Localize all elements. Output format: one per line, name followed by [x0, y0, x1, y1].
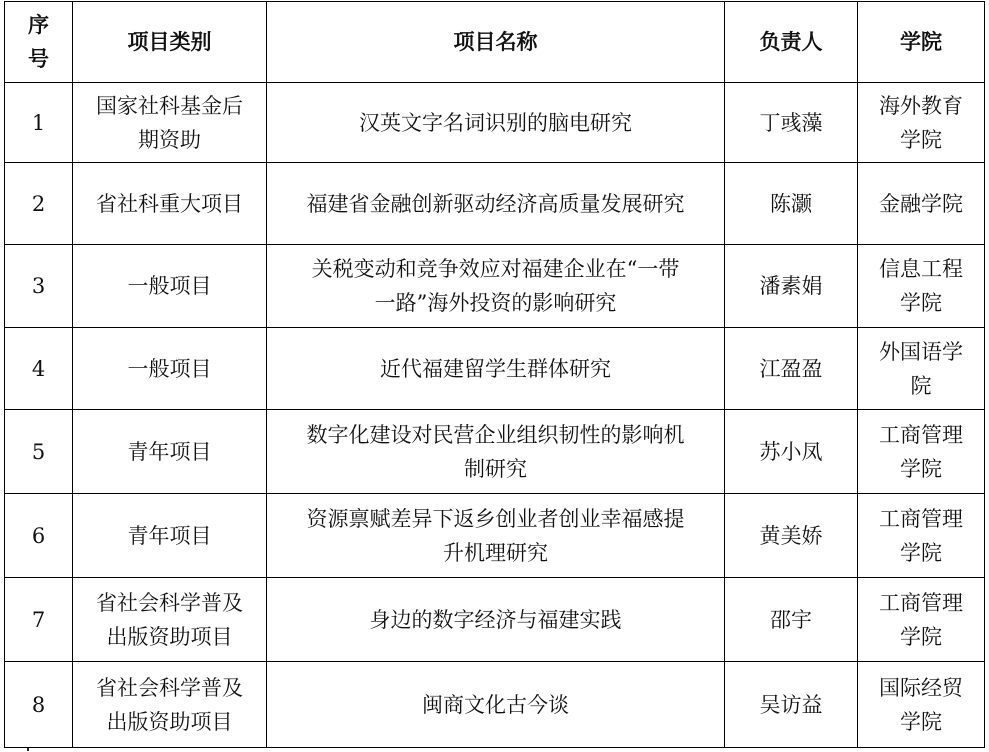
table-row: 8 省社会科学普及出版资助项目 闽商文化古今谈 吴访益 国际经贸学院: [5, 662, 985, 748]
cell-leader: 江盈盈: [725, 328, 858, 410]
text-line: 数字化建设对民营企业组织韧性的影响机: [273, 418, 718, 452]
header-no-line: 序: [11, 8, 66, 42]
text-line: 省社科重大项目: [79, 187, 260, 221]
cell-name: 闽商文化古今谈: [267, 662, 725, 748]
text-line: 金融学院: [864, 187, 978, 221]
text-line: 一路”海外投资的影响研究: [273, 286, 718, 320]
cell-leader: 苏小凤: [725, 410, 858, 494]
table-row: 2 省社科重大项目 福建省金融创新驱动经济高质量发展研究 陈灏 金融学院: [5, 163, 985, 245]
table-row: 4 一般项目 近代福建留学生群体研究 江盈盈 外国语学院: [5, 328, 985, 410]
cell-category: 一般项目: [73, 328, 267, 410]
text-line: 升机理研究: [273, 536, 718, 570]
header-college: 学院: [858, 2, 985, 83]
text-line: 省社会科学普及: [79, 586, 260, 620]
text-line: 福建省金融创新驱动经济高质量发展研究: [273, 187, 718, 221]
text-line: 院: [864, 369, 978, 403]
text-line: 一般项目: [79, 352, 260, 386]
cell-category: 国家社科基金后期资助: [73, 83, 267, 163]
cell-name: 关税变动和竞争效应对福建企业在“一带一路”海外投资的影响研究: [267, 245, 725, 328]
text-line: 学院: [864, 705, 978, 739]
text-line: 关税变动和竞争效应对福建企业在“一带: [273, 252, 718, 286]
cell-no: 8: [5, 662, 73, 748]
text-line: 身边的数字经济与福建实践: [273, 603, 718, 637]
cell-leader: 丁彧藻: [725, 83, 858, 163]
text-line: 近代福建留学生群体研究: [273, 352, 718, 386]
text-line: 国际经贸: [864, 671, 978, 705]
cell-category: 青年项目: [73, 410, 267, 494]
text-line: 工商管理: [864, 418, 978, 452]
text-line: 国家社科基金后: [79, 89, 260, 123]
text-line: 青年项目: [79, 519, 260, 553]
cell-category: 青年项目: [73, 494, 267, 578]
text-line: 海外教育: [864, 89, 978, 123]
cell-no: 5: [5, 410, 73, 494]
text-line: 一般项目: [79, 269, 260, 303]
text-line: 工商管理: [864, 502, 978, 536]
text-line: 学院: [864, 452, 978, 486]
cell-college: 工商管理学院: [858, 494, 985, 578]
table-row: 5 青年项目 数字化建设对民营企业组织韧性的影响机制研究 苏小凤 工商管理学院: [5, 410, 985, 494]
cell-name: 福建省金融创新驱动经济高质量发展研究: [267, 163, 725, 245]
header-name: 项目名称: [267, 2, 725, 83]
text-line: 学院: [864, 123, 978, 157]
cell-college: 海外教育学院: [858, 83, 985, 163]
text-line: 期资助: [79, 123, 260, 157]
paragraph-mark: [27, 748, 29, 751]
text-line: 出版资助项目: [79, 620, 260, 654]
cell-college: 信息工程学院: [858, 245, 985, 328]
text-line: 信息工程: [864, 252, 978, 286]
text-line: 学院: [864, 286, 978, 320]
text-line: 出版资助项目: [79, 705, 260, 739]
projects-table: 序 号 项目类别 项目名称 负责人 学院 1 国家社科基金后期资助 汉英文字名词…: [4, 1, 985, 748]
cell-name: 近代福建留学生群体研究: [267, 328, 725, 410]
cell-no: 4: [5, 328, 73, 410]
cell-category: 省社会科学普及出版资助项目: [73, 578, 267, 662]
text-line: 工商管理: [864, 586, 978, 620]
cell-name: 汉英文字名词识别的脑电研究: [267, 83, 725, 163]
text-line: 青年项目: [79, 435, 260, 469]
cell-leader: 陈灏: [725, 163, 858, 245]
table-row: 3 一般项目 关税变动和竞争效应对福建企业在“一带一路”海外投资的影响研究 潘素…: [5, 245, 985, 328]
cell-category: 一般项目: [73, 245, 267, 328]
cell-leader: 黄美娇: [725, 494, 858, 578]
cell-category: 省社科重大项目: [73, 163, 267, 245]
cell-leader: 邵宇: [725, 578, 858, 662]
cell-no: 6: [5, 494, 73, 578]
text-line: 学院: [864, 536, 978, 570]
header-leader: 负责人: [725, 2, 858, 83]
cell-college: 工商管理学院: [858, 578, 985, 662]
cell-no: 2: [5, 163, 73, 245]
table-row: 7 省社会科学普及出版资助项目 身边的数字经济与福建实践 邵宇 工商管理学院: [5, 578, 985, 662]
cell-leader: 潘素娟: [725, 245, 858, 328]
header-no: 序 号: [5, 2, 73, 83]
cell-name: 身边的数字经济与福建实践: [267, 578, 725, 662]
header-no-line: 号: [11, 42, 66, 76]
cell-no: 1: [5, 83, 73, 163]
cell-college: 金融学院: [858, 163, 985, 245]
header-category: 项目类别: [73, 2, 267, 83]
text-line: 制研究: [273, 452, 718, 486]
cell-college: 国际经贸学院: [858, 662, 985, 748]
text-line: 外国语学: [864, 335, 978, 369]
text-line: 闽商文化古今谈: [273, 688, 718, 722]
text-line: 省社会科学普及: [79, 671, 260, 705]
cell-college: 外国语学院: [858, 328, 985, 410]
cell-no: 3: [5, 245, 73, 328]
cell-college: 工商管理学院: [858, 410, 985, 494]
table-row: 1 国家社科基金后期资助 汉英文字名词识别的脑电研究 丁彧藻 海外教育学院: [5, 83, 985, 163]
text-line: 学院: [864, 620, 978, 654]
cell-name: 数字化建设对民营企业组织韧性的影响机制研究: [267, 410, 725, 494]
cell-no: 7: [5, 578, 73, 662]
table-header-row: 序 号 项目类别 项目名称 负责人 学院: [5, 2, 985, 83]
text-line: 资源禀赋差异下返乡创业者创业幸福感提: [273, 502, 718, 536]
cell-category: 省社会科学普及出版资助项目: [73, 662, 267, 748]
text-line: 汉英文字名词识别的脑电研究: [273, 106, 718, 140]
table-row: 6 青年项目 资源禀赋差异下返乡创业者创业幸福感提升机理研究 黄美娇 工商管理学…: [5, 494, 985, 578]
cell-name: 资源禀赋差异下返乡创业者创业幸福感提升机理研究: [267, 494, 725, 578]
cell-leader: 吴访益: [725, 662, 858, 748]
